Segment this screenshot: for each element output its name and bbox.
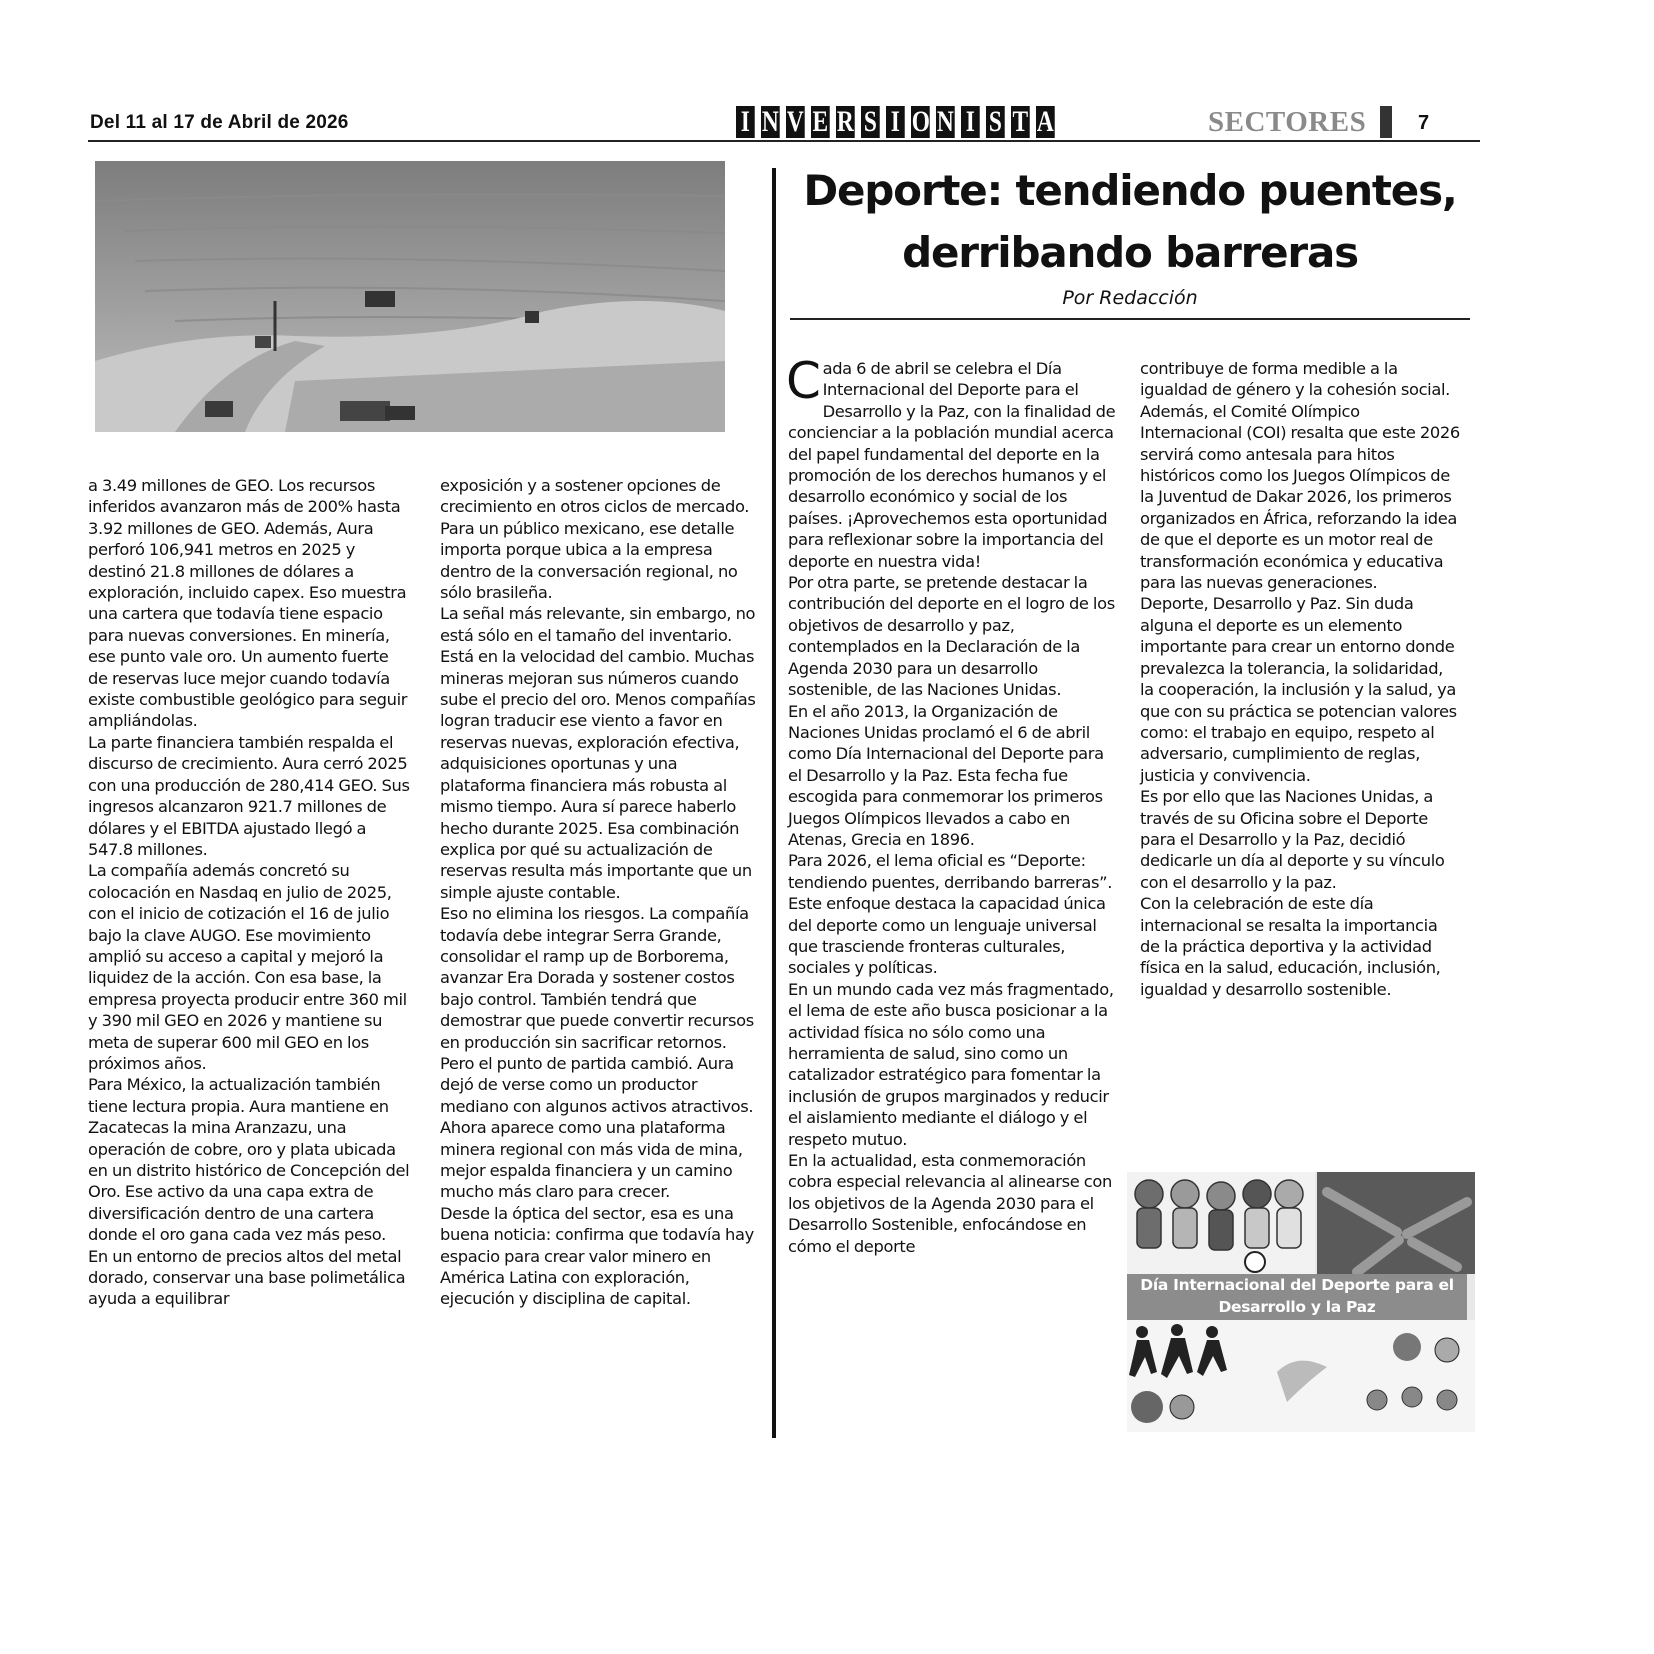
paragraph: Para México, la actualización también ti… (88, 1074, 410, 1309)
promo-banner: Día Internacional del Deporte para el De… (1127, 1274, 1467, 1320)
issue-date: Del 11 al 17 de Abril de 2026 (90, 112, 349, 134)
headline-line-1: Deporte: tendiendo puentes, (785, 160, 1475, 222)
masthead-letter: E (811, 106, 830, 138)
masthead-letter: I (961, 106, 980, 138)
masthead-letter: A (1036, 106, 1055, 138)
paragraph-with-dropcap: Cada 6 de abril se celebra el Día Intern… (788, 358, 1118, 572)
open-pit-mine-photo (95, 161, 725, 432)
masthead-letter: I (736, 106, 755, 138)
article-column-4: contribuye de forma medible a la igualda… (1140, 358, 1460, 1000)
masthead-letter: S (986, 106, 1005, 138)
section-bar-decoration (1380, 106, 1392, 138)
masthead-logo: INVERSIONISTA (736, 106, 1061, 138)
article-headline: Deporte: tendiendo puentes, derribando b… (785, 160, 1475, 284)
byline: Por Redacción (785, 287, 1475, 309)
masthead-letter: V (786, 106, 805, 138)
paragraph: a 3.49 millones de GEO. Los recursos inf… (88, 475, 410, 732)
paragraph: La señal más relevante, sin embargo, no … (440, 603, 760, 903)
paragraph: Por otra parte, se pretende destacar la … (788, 572, 1118, 700)
article-column-3: Cada 6 de abril se celebra el Día Intern… (788, 358, 1118, 1257)
paragraph: La parte financiera también respalda el … (88, 732, 410, 860)
article-column-2: exposición y a sostener opciones de crec… (440, 475, 760, 1310)
byline-rule (790, 318, 1470, 320)
paragraph-text: ada 6 de abril se celebra el Día Interna… (788, 359, 1115, 571)
paragraph: Eso no elimina los riesgos. La compañía … (440, 903, 760, 1203)
paragraph: Deporte, Desarrollo y Paz. Sin duda algu… (1140, 593, 1460, 786)
headline-line-2: derribando barreras (785, 222, 1475, 284)
masthead-letter: S (861, 106, 880, 138)
article-column-1: a 3.49 millones de GEO. Los recursos inf… (88, 475, 410, 1310)
paragraph: Este enfoque destaca la capacidad única … (788, 893, 1118, 979)
paragraph: En la actualidad, esta conmemoración cob… (788, 1150, 1118, 1257)
page-number: 7 (1418, 112, 1429, 135)
drop-cap: C (786, 360, 821, 402)
paragraph: En un mundo cada vez más fragmentado, el… (788, 979, 1118, 1150)
masthead-letter: N (761, 106, 780, 138)
masthead-letter: O (911, 106, 930, 138)
paragraph: Con la celebración de este día internaci… (1140, 893, 1460, 1000)
sports-day-collage: Día Internacional del Deporte para el De… (1127, 1172, 1475, 1432)
masthead-letter: N (936, 106, 955, 138)
paragraph: Para 2026, el lema oficial es “Deporte: … (788, 850, 1118, 893)
masthead-letter: I (886, 106, 905, 138)
mine-photo-illustration (95, 161, 725, 432)
masthead-letter: T (1011, 106, 1030, 138)
paragraph: contribuye de forma medible a la igualda… (1140, 358, 1460, 401)
masthead-letter: R (836, 106, 855, 138)
page-header: Del 11 al 17 de Abril de 2026 INVERSIONI… (88, 100, 1480, 142)
paragraph: La compañía además concretó su colocació… (88, 860, 410, 1074)
section-label: SECTORES (1208, 106, 1366, 139)
paragraph: Es por ello que las Naciones Unidas, a t… (1140, 786, 1460, 893)
paragraph: Desde la óptica del sector, esa es una b… (440, 1203, 760, 1310)
paragraph: En el año 2013, la Organización de Nacio… (788, 701, 1118, 851)
paragraph: exposición y a sostener opciones de crec… (440, 475, 760, 603)
column-divider (772, 168, 776, 1438)
paragraph: Además, el Comité Olímpico Internacional… (1140, 401, 1460, 594)
